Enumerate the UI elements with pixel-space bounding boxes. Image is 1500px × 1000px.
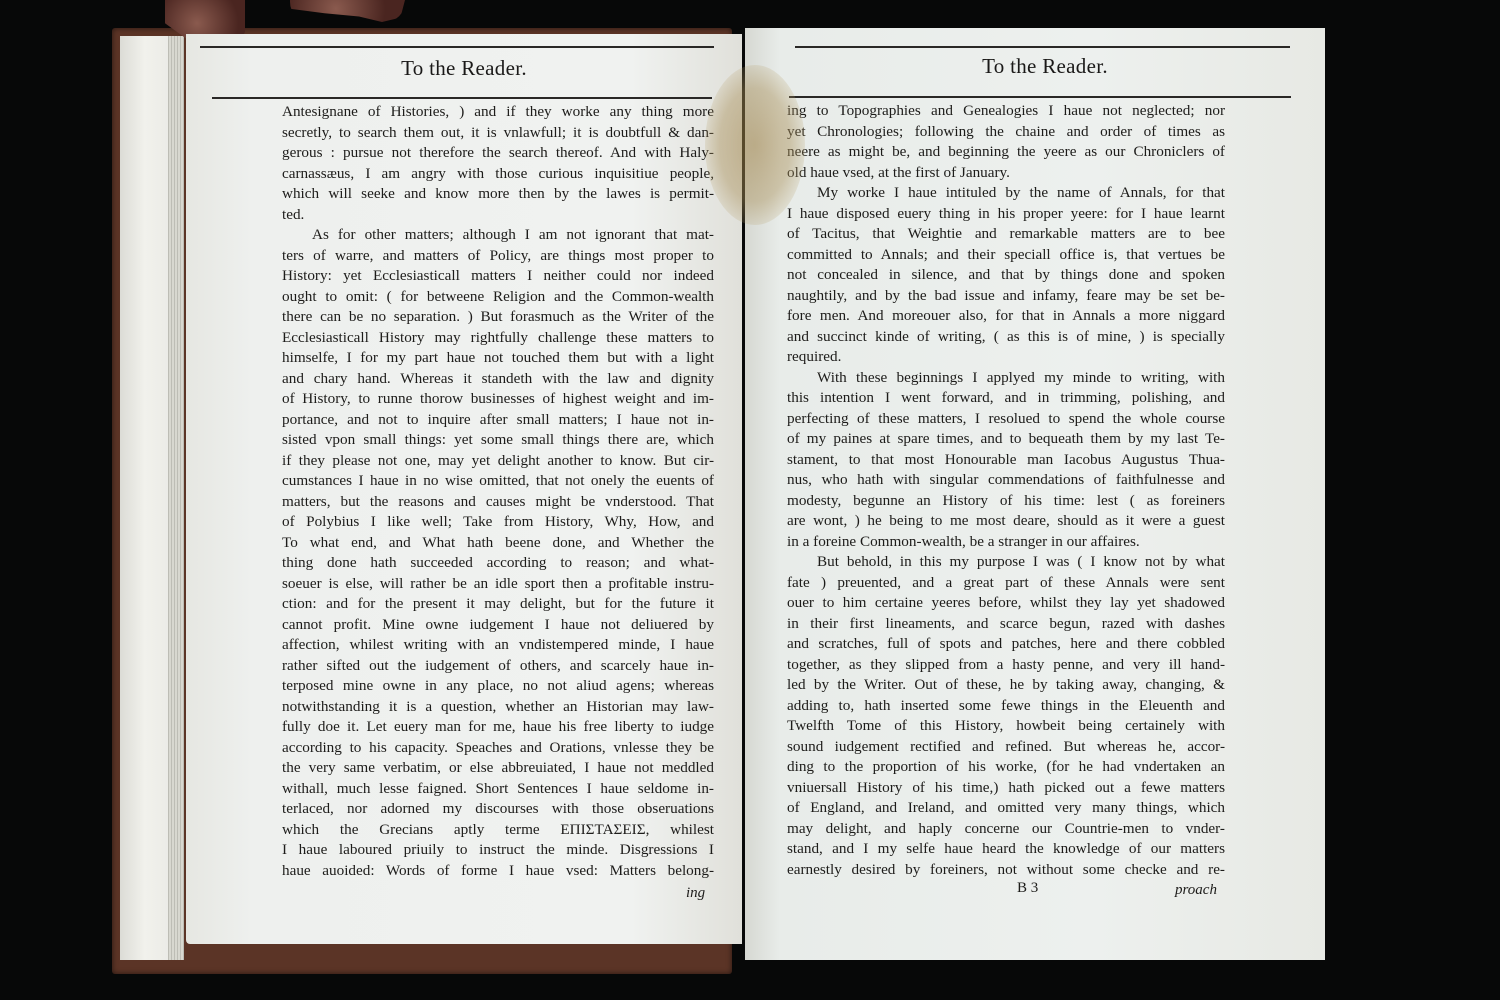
text-line: committed to Annals; and their speciall …	[787, 245, 1225, 266]
text-line: adding to, hath inserted some fewe thing…	[787, 696, 1225, 717]
text-line: fully doe it. Let euery man for me, haue…	[282, 717, 714, 738]
text-line: of Tacitus, that Weightie and remarkable…	[787, 224, 1225, 245]
text-line: To what end, and What hath beene done, a…	[282, 533, 714, 554]
text-line: ought to omit: ( for betweene Religion a…	[282, 287, 714, 308]
text-line: thing done hath succeeded according to r…	[282, 553, 714, 574]
catchword: proach	[1175, 882, 1217, 899]
text-line: himselfe, I for my part haue not touched…	[282, 348, 714, 369]
header-top-rule	[200, 46, 714, 48]
text-line: there can be no separation. ) But forasm…	[282, 307, 714, 328]
right-page: To the Reader. ing to Topographies and G…	[745, 28, 1325, 960]
text-line: ding to the proportion of his worke, (fo…	[787, 757, 1225, 778]
text-line: led by the Writer. Out of these, he by t…	[787, 675, 1225, 696]
text-line: I haue laboured priuily to instruct the …	[282, 840, 714, 861]
text-line: if they please not one, may yet delight …	[282, 451, 714, 472]
text-line: ing to Topographies and Genealogies I ha…	[787, 101, 1225, 122]
clasp-ornament-icon	[290, 0, 405, 22]
body-text: ing to Topographies and Genealogies I ha…	[787, 101, 1225, 880]
text-line: not concealed in silence, and that by th…	[787, 265, 1225, 286]
text-line: rather sifted out the iudgement of other…	[282, 656, 714, 677]
text-line: cannot profit. Mine owne iudgement I hau…	[282, 615, 714, 636]
text-line: History: yet Ecclesiasticall matters I n…	[282, 266, 714, 287]
text-line: old haue vsed, at the first of January.	[787, 163, 1225, 184]
text-line: modesty, begunne an History of his time:…	[787, 491, 1225, 512]
text-line: ters of warre, and matters of Policy, ar…	[282, 246, 714, 267]
text-line: and succinct kinde of writing, ( as this…	[787, 327, 1225, 348]
left-page: To the Reader. Antesignane of Histories,…	[186, 34, 742, 944]
text-line: ction: and for the present it may deligh…	[282, 594, 714, 615]
text-line: As for other matters; although I am not …	[282, 225, 714, 246]
text-line: the very same verbatim, or else abbreuia…	[282, 758, 714, 779]
text-line: together, as they slipped from a hasty p…	[787, 655, 1225, 676]
text-line: haue auoided: Words of forme I haue vsed…	[282, 861, 714, 882]
text-line: fate ) preuented, and a great part of th…	[787, 573, 1225, 594]
page-edges	[168, 36, 184, 960]
text-line: this intention I went forward, and in tr…	[787, 388, 1225, 409]
text-line: sound iudgement rectified and refined. B…	[787, 737, 1225, 758]
header-top-rule	[795, 46, 1290, 48]
text-line: neere as might be, and beginning the yee…	[787, 142, 1225, 163]
signature-mark: B 3	[1017, 880, 1038, 897]
text-line: Ecclesiasticall History may rightfully c…	[282, 328, 714, 349]
text-line: ted.	[282, 205, 714, 226]
text-line: stand, and I my selfe haue heard the kno…	[787, 839, 1225, 860]
text-line: affection, whilest writing with an vndis…	[282, 635, 714, 656]
text-line: and scratches, full of spots and patches…	[787, 634, 1225, 655]
running-head: To the Reader.	[186, 56, 742, 81]
text-line: stament, to that most Honourable man Iac…	[787, 450, 1225, 471]
text-line: With these beginnings I applyed my minde…	[787, 368, 1225, 389]
text-line: yet Chronologies; following the chaine a…	[787, 122, 1225, 143]
text-line: of my paines at spare times, and to bequ…	[787, 429, 1225, 450]
text-line: notwithstanding it is a question, whethe…	[282, 697, 714, 718]
text-line: which will seeke and know more then by t…	[282, 184, 714, 205]
text-line: ouer to him certaine yeeres before, whil…	[787, 593, 1225, 614]
text-line: fore men. And moreouer also, for that in…	[787, 306, 1225, 327]
running-head: To the Reader.	[745, 54, 1345, 79]
text-line: matters, but the reasons and causes migh…	[282, 492, 714, 513]
text-line: sisted vpon small things: yet some small…	[282, 430, 714, 451]
text-line: Antesignane of Histories, ) and if they …	[282, 102, 714, 123]
text-line: I haue disposed euery thing in his prope…	[787, 204, 1225, 225]
text-line: withall, much lesse faigned. Short Sente…	[282, 779, 714, 800]
text-line: naughtily, and by the bad issue and infa…	[787, 286, 1225, 307]
text-line: carnassæus, I am angry with those curiou…	[282, 164, 714, 185]
text-line: My worke I haue intituled by the name of…	[787, 183, 1225, 204]
header-bottom-rule	[789, 96, 1291, 98]
text-line: gerous : pursue not therefore the search…	[282, 143, 714, 164]
text-line: in a foreine Common-wealth, be a strange…	[787, 532, 1225, 553]
body-text: Antesignane of Histories, ) and if they …	[282, 102, 714, 881]
text-line: required.	[787, 347, 1225, 368]
text-line: cumstances I haue in no wise omitted, th…	[282, 471, 714, 492]
header-bottom-rule	[212, 97, 712, 99]
text-line: earnestly desired by foreiners, not with…	[787, 860, 1225, 881]
catchword: ing	[686, 885, 705, 902]
text-line: of England, and Ireland, and omitted ver…	[787, 798, 1225, 819]
text-line: may delight, and haply concerne our Coun…	[787, 819, 1225, 840]
text-line: terposed mine owne in any place, no not …	[282, 676, 714, 697]
text-line: terlaced, nor adorned my discourses with…	[282, 799, 714, 820]
text-line: according to his capacity. Speaches and …	[282, 738, 714, 759]
text-line: of History, to runne thorow businesses o…	[282, 389, 714, 410]
text-line: nus, who hath with singular commendation…	[787, 470, 1225, 491]
text-line: which the Grecians aptly terme ΕΠΙΣΤΑΣΕΙ…	[282, 820, 714, 841]
text-line: of Polybius I like well; Take from Histo…	[282, 512, 714, 533]
text-line: portance, and not to inquire after small…	[282, 410, 714, 431]
text-line: soeuer is else, will rather be an idle s…	[282, 574, 714, 595]
text-line: and chary hand. Whereas it standeth with…	[282, 369, 714, 390]
text-line: Twelfth Tome of this History, howbeit be…	[787, 716, 1225, 737]
text-line: secretly, to search them out, it is vnla…	[282, 123, 714, 144]
text-line: are wont, ) he being to me most deare, s…	[787, 511, 1225, 532]
text-line: perfecting of these matters, I resolued …	[787, 409, 1225, 430]
text-line: in their first lineaments, and scarce be…	[787, 614, 1225, 635]
text-line: vniuersall History of his time,) hath pi…	[787, 778, 1225, 799]
text-line: But behold, in this my purpose I was ( I…	[787, 552, 1225, 573]
